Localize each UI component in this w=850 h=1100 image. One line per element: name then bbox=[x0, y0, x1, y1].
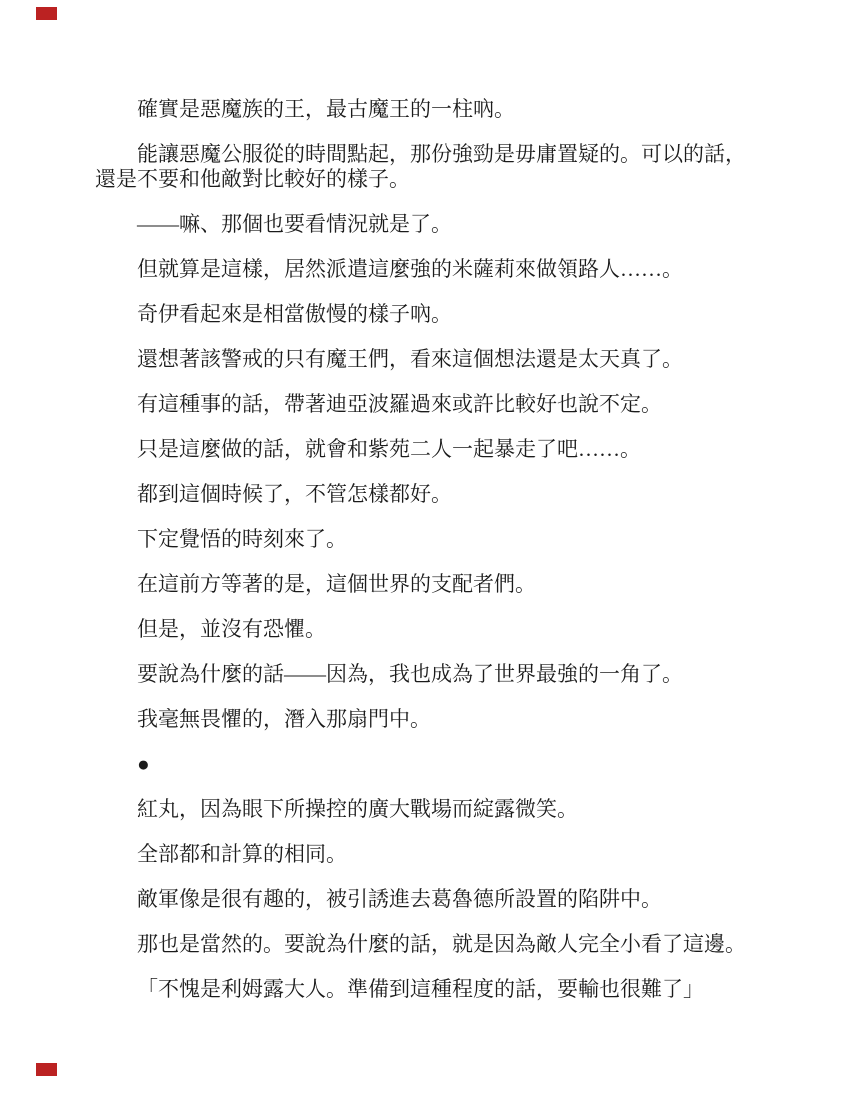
paragraph: 那也是當然的。要說為什麼的話，就是因為敵人完全小看了這邊。 bbox=[95, 932, 757, 957]
paragraph: 還想著該警戒的只有魔王們，看來這個想法還是太天真了。 bbox=[95, 347, 757, 372]
paragraph: 但是，並沒有恐懼。 bbox=[95, 617, 757, 642]
paragraph: 紅丸，因為眼下所操控的廣大戰場而綻露微笑。 bbox=[95, 797, 757, 822]
paragraph: 全部都和計算的相同。 bbox=[95, 842, 757, 867]
paragraph: 在這前方等著的是，這個世界的支配者們。 bbox=[95, 572, 757, 597]
paragraph: 「不愧是利姆露大人。準備到這種程度的話，要輸也很難了」 bbox=[95, 977, 757, 1002]
novel-text-content: 確實是惡魔族的王，最古魔王的一柱吶。能讓惡魔公服從的時間點起，那份強勁是毋庸置疑… bbox=[95, 97, 757, 1022]
paragraph: 確實是惡魔族的王，最古魔王的一柱吶。 bbox=[95, 97, 757, 122]
paragraph: 奇伊看起來是相當傲慢的樣子吶。 bbox=[95, 302, 757, 327]
paragraph: 敵軍像是很有趣的，被引誘進去葛魯德所設置的陷阱中。 bbox=[95, 887, 757, 912]
paragraph: 要說為什麼的話——因為，我也成為了世界最強的一角了。 bbox=[95, 662, 757, 687]
paragraph: 能讓惡魔公服從的時間點起，那份強勁是毋庸置疑的。可以的話，還是不要和他敵對比較好… bbox=[95, 142, 757, 192]
paragraph: 下定覺悟的時刻來了。 bbox=[95, 527, 757, 552]
ebook-reader-page: 確實是惡魔族的王，最古魔王的一柱吶。能讓惡魔公服從的時間點起，那份強勁是毋庸置疑… bbox=[0, 0, 850, 1100]
red-corner-marker-bottom bbox=[36, 1063, 57, 1076]
paragraph: 我毫無畏懼的，潛入那扇門中。 bbox=[95, 707, 757, 732]
red-corner-marker-top bbox=[36, 7, 57, 20]
section-break-bullet: ● bbox=[95, 752, 757, 777]
paragraph: 有這種事的話，帶著迪亞波羅過來或許比較好也說不定。 bbox=[95, 392, 757, 417]
paragraph: 只是這麼做的話，就會和紫苑二人一起暴走了吧……。 bbox=[95, 437, 757, 462]
paragraph: 都到這個時候了，不管怎樣都好。 bbox=[95, 482, 757, 507]
paragraph: 但就算是這樣，居然派遣這麼強的米薩莉來做領路人……。 bbox=[95, 257, 757, 282]
paragraph: ——嘛、那個也要看情況就是了。 bbox=[95, 212, 757, 237]
